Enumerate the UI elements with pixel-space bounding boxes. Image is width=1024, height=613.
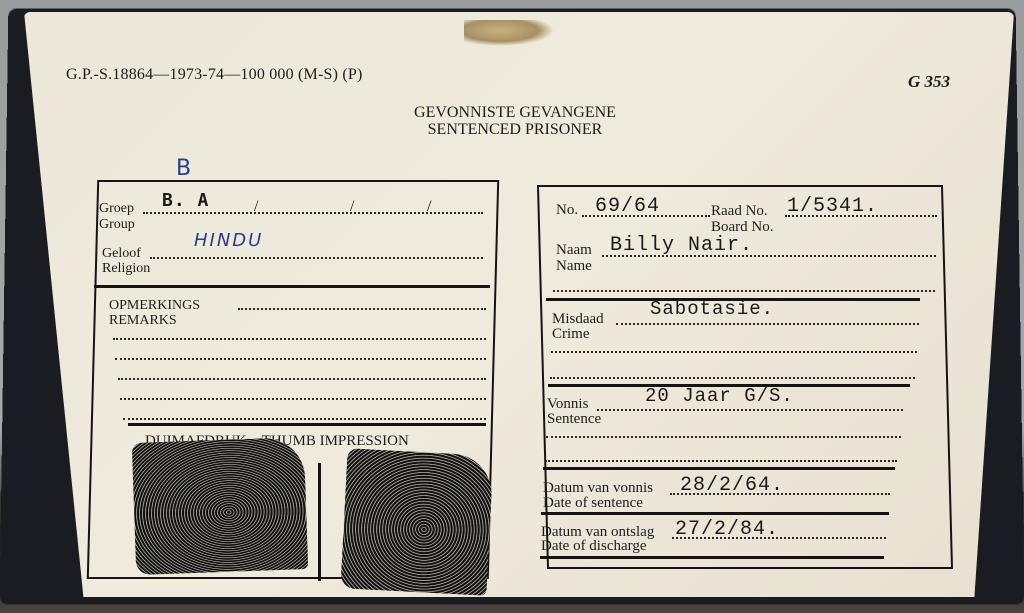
sentence-date-label-en: Date of sentence <box>543 496 643 510</box>
divider-bottom-right <box>540 556 884 559</box>
sentence-date-value: 28/2/64. <box>680 474 784 497</box>
sentence-field-line <box>597 409 903 411</box>
right-thumbprint <box>340 448 493 595</box>
card-title: GEVONNISTE GEVANGENE SENTENCED PRISONER <box>380 104 650 138</box>
discharge-date-label-af: Datum van ontslag <box>541 525 654 539</box>
remarks-line-1 <box>238 308 486 310</box>
divider-remarks-thumb <box>128 423 486 426</box>
group-label-af: Groep <box>99 202 134 216</box>
crime-label-af: Misdaad <box>552 312 604 326</box>
group-value: B. A <box>162 190 209 211</box>
divider-date-discharge <box>541 512 889 515</box>
crime-extra-line-2 <box>550 377 915 379</box>
title-afrikaans: GEVONNISTE GEVANGENE <box>380 104 650 121</box>
remarks-line-2 <box>113 338 486 340</box>
group-slash-2: / <box>350 200 354 214</box>
name-label-af: Naam <box>556 243 592 257</box>
crime-extra-line-1 <box>551 351 917 353</box>
group-label-en: Group <box>99 218 135 232</box>
group-slash-1: / <box>254 200 258 214</box>
board-label-af: Raad No. <box>711 204 768 218</box>
sentence-extra-line-1 <box>546 436 901 438</box>
print-code: G.P.-S.18864—1973-74—100 000 (M-S) (P) <box>66 66 363 84</box>
sentence-value: 20 Jaar G/S. <box>645 385 794 407</box>
remarks-label-en: REMARKS <box>109 314 177 328</box>
sentence-date-label-af: Datum van vonnis <box>543 481 653 495</box>
thumb-divider <box>318 463 321 581</box>
group-annotation: B <box>176 156 191 181</box>
religion-label-en: Religion <box>102 262 150 276</box>
no-label: No. <box>556 203 578 217</box>
left-thumbprint <box>132 437 309 575</box>
discharge-date-value: 27/2/84. <box>675 518 779 541</box>
title-english: SENTENCED PRISONER <box>380 121 650 138</box>
religion-label-af: Geloof <box>102 247 141 261</box>
remarks-line-3 <box>115 358 486 360</box>
religion-value: HINDU <box>194 230 263 251</box>
sentence-label-en: Sentence <box>547 412 601 426</box>
discharge-date-label-en: Date of discharge <box>541 539 647 553</box>
group-slash-3: / <box>427 200 431 214</box>
name-label-en: Name <box>556 259 592 273</box>
religion-field-line <box>150 257 483 259</box>
crime-label-en: Crime <box>552 327 590 341</box>
remarks-line-5 <box>120 398 486 400</box>
board-value: 1/5341. <box>787 195 878 218</box>
remarks-line-6 <box>123 418 486 420</box>
torn-edge <box>464 20 554 46</box>
crime-value: Sabotasie. <box>650 298 774 320</box>
name-value: Billy Nair. <box>610 234 753 257</box>
form-number: G 353 <box>908 72 950 92</box>
crime-field-line <box>616 323 919 325</box>
no-value: 69/64 <box>595 195 660 218</box>
remarks-line-4 <box>118 378 486 380</box>
group-field-line <box>143 212 483 214</box>
name-extra-line <box>553 290 935 292</box>
sentence-extra-line-2 <box>545 460 897 462</box>
divider-group-remarks <box>94 285 490 288</box>
board-label-en: Board No. <box>711 220 774 234</box>
remarks-label-af: OPMERKINGS <box>109 299 200 313</box>
divider-sentence-date <box>543 467 895 470</box>
sentence-label-af: Vonnis <box>547 397 588 411</box>
